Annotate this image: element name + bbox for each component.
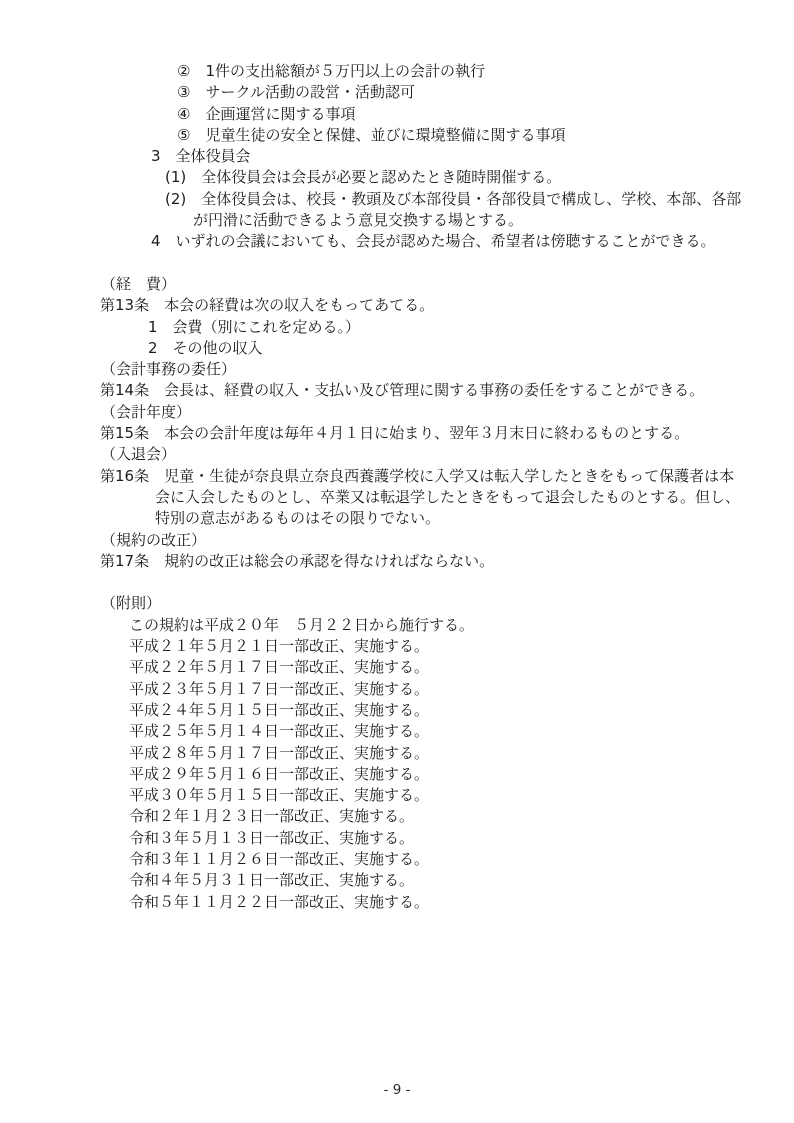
document-line: 4 いずれの会議においても、会長が認めた場合、希望者は傍聴することができる。 <box>0 231 794 252</box>
document-line: 平成２９年５月１６日一部改正、実施する。 <box>0 764 794 785</box>
document-line: 令和２年１月２３日一部改正、実施する。 <box>0 806 794 827</box>
document-line: 平成２３年５月１７日一部改正、実施する。 <box>0 679 794 700</box>
document-line: ④ 企画運営に関する事項 <box>0 104 794 125</box>
document-line: ③ サークル活動の設営・活動認可 <box>0 82 794 103</box>
document-line: 平成２５年５月１４日一部改正、実施する。 <box>0 721 794 742</box>
blank-line <box>0 572 794 593</box>
document-line: （規約の改正） <box>0 530 794 551</box>
document-body: ② 1件の支出総額が５万円以上の会計の執行③ サークル活動の設営・活動認可④ 企… <box>0 61 794 913</box>
document-line: この規約は平成２０年 ５月２２日から施行する。 <box>0 615 794 636</box>
document-line: 2 その他の収入 <box>0 338 794 359</box>
document-line: 令和３年１１月２６日一部改正、実施する。 <box>0 849 794 870</box>
blank-line <box>0 253 794 274</box>
document-line: 第15条 本会の会計年度は毎年４月１日に始まり、翌年３月末日に終わるものとする。 <box>0 423 794 444</box>
document-line: 第14条 会長は、経費の収入・支払い及び管理に関する事務の委任をすることができる… <box>0 380 794 401</box>
document-line: 令和４年５月３１日一部改正、実施する。 <box>0 870 794 891</box>
document-line: ② 1件の支出総額が５万円以上の会計の執行 <box>0 61 794 82</box>
document-line: 平成２４年５月１５日一部改正、実施する。 <box>0 700 794 721</box>
document-line: 平成３０年５月１５日一部改正、実施する。 <box>0 785 794 806</box>
document-line: 平成２８年５月１７日一部改正、実施する。 <box>0 743 794 764</box>
document-line: 3 全体役員会 <box>0 146 794 167</box>
document-line: （会計年度） <box>0 402 794 423</box>
document-line: 特別の意志があるものはその限りでない。 <box>0 508 794 529</box>
document-line: （経 費） <box>0 274 794 295</box>
document-line: ⑤ 児童生徒の安全と保健、並びに環境整備に関する事項 <box>0 125 794 146</box>
document-line: 平成２１年５月２１日一部改正、実施する。 <box>0 636 794 657</box>
document-line: （附則） <box>0 593 794 614</box>
page-number: - 9 - <box>384 1082 411 1098</box>
document-line: 会に入会したものとし、卒業又は転退学したときをもって退会したものとする。但し、 <box>0 487 794 508</box>
document-line: 令和５年１１月２２日一部改正、実施する。 <box>0 892 794 913</box>
document-line: 平成２２年５月１７日一部改正、実施する。 <box>0 657 794 678</box>
document-line: 令和３年５月１３日一部改正、実施する。 <box>0 828 794 849</box>
document-line: （会計事務の委任） <box>0 359 794 380</box>
document-line: (2) 全体役員会は、校長・教頭及び本部役員・各部役員で構成し、学校、本部、各部 <box>0 189 794 210</box>
document-line: 第13条 本会の経費は次の収入をもってあてる。 <box>0 295 794 316</box>
document-line: 第16条 児童・生徒が奈良県立奈良西養護学校に入学又は転入学したときをもって保護… <box>0 466 794 487</box>
document-page: ② 1件の支出総額が５万円以上の会計の執行③ サークル活動の設営・活動認可④ 企… <box>0 0 794 1123</box>
document-line: 1 会費（別にこれを定める。） <box>0 317 794 338</box>
page-footer: - 9 - <box>0 1081 794 1099</box>
document-line: （入退会） <box>0 444 794 465</box>
document-line: 第17条 規約の改正は総会の承認を得なければならない。 <box>0 551 794 572</box>
document-line: が円滑に活動できるよう意見交換する場とする。 <box>0 210 794 231</box>
document-line: (1) 全体役員会は会長が必要と認めたとき随時開催する。 <box>0 167 794 188</box>
